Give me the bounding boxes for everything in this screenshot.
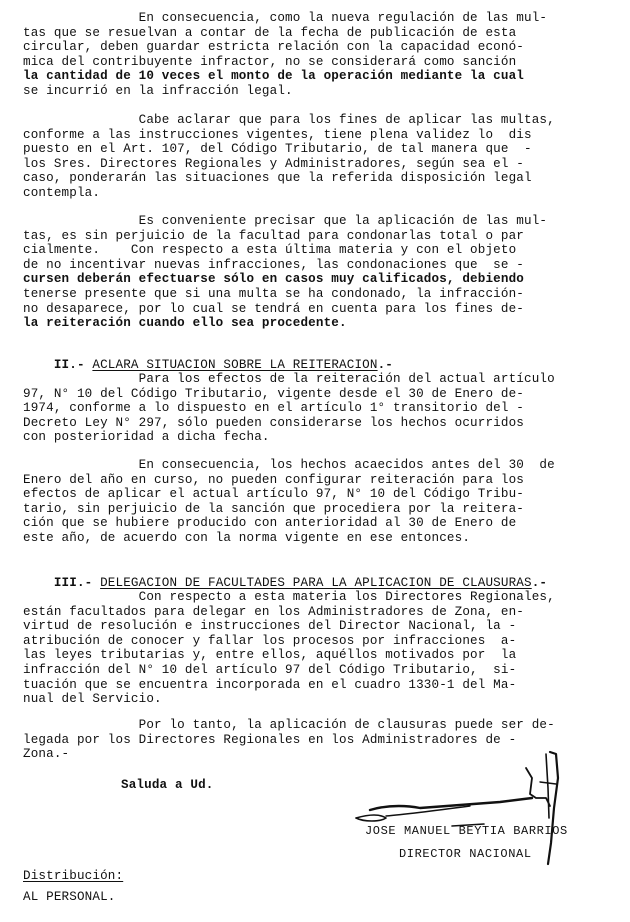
text-line: Es conveniente precisar que la aplicació… <box>23 214 623 229</box>
section-number: II.- <box>54 358 93 372</box>
text-line: legada por los Directores Regionales en … <box>23 733 623 748</box>
text-line: Por lo tanto, la aplicación de clausuras… <box>23 718 623 733</box>
document-page: En consecuencia, como la nueva regulació… <box>0 0 630 922</box>
text-line: Decreto Ley N° 297, sólo pueden consider… <box>23 416 623 431</box>
text-line: caso, ponderarán las situaciones que la … <box>23 171 623 186</box>
text-line: contempla. <box>23 186 623 201</box>
text-line: En consecuencia, los hechos acaecidos an… <box>23 458 623 473</box>
text-line: En consecuencia, como la nueva regulació… <box>23 11 623 26</box>
text-line: con posterioridad a dicha fecha. <box>23 430 623 445</box>
section-suffix: .- <box>532 576 547 590</box>
text-line: las leyes tributarias y, entre ellos, aq… <box>23 648 623 663</box>
paragraph-reiteration-effects: Para los efectos de la reiteración del a… <box>23 372 623 445</box>
text-line: mica del contribuyente infractor, no se … <box>23 55 623 70</box>
text-line: cialmente. Con respecto a esta última ma… <box>23 243 623 258</box>
text-line: tuación que se encuentra incorporada en … <box>23 678 623 693</box>
section-suffix: .- <box>378 358 393 372</box>
paragraph-art-107: Cabe aclarar que para los fines de aplic… <box>23 113 623 201</box>
text-line: de no incentivar nuevas infracciones, la… <box>23 258 623 273</box>
text-line: este año, de acuerdo con la norma vigent… <box>23 531 623 546</box>
text-line: virtud de resolución e instrucciones del… <box>23 619 623 634</box>
text-line: Con respecto a esta materia los Director… <box>23 590 623 605</box>
text-line: tenerse presente que si una multa se ha … <box>23 287 623 302</box>
text-line: atribución de conocer y fallar los proce… <box>23 634 623 649</box>
closing-salutation: Saluda a Ud. <box>121 778 214 793</box>
text-line: ción que se hubiere producido con anteri… <box>23 516 623 531</box>
paragraph-delegation-powers: Con respecto a esta materia los Director… <box>23 590 623 707</box>
text-line: tario, sin perjuicio de la sanción que p… <box>23 502 623 517</box>
text-line: Enero del año en curso, no pueden config… <box>23 473 623 488</box>
text-line: los Sres. Directores Regionales y Admini… <box>23 157 623 172</box>
text-line: Cabe aclarar que para los fines de aplic… <box>23 113 623 128</box>
signatory-title: DIRECTOR NACIONAL <box>399 847 532 862</box>
text-line: la reiteración cuando ello sea procedent… <box>23 316 623 331</box>
text-line: puesto en el Art. 107, del Código Tribut… <box>23 142 623 157</box>
text-line: infracción del N° 10 del artículo 97 del… <box>23 663 623 678</box>
paragraph-condonation: Es conveniente precisar que la aplicació… <box>23 214 623 331</box>
paragraph-prior-events: En consecuencia, los hechos acaecidos an… <box>23 458 623 546</box>
section-title: DELEGACION DE FACULTADES PARA LA APLICAC… <box>100 576 532 590</box>
text-line: se incurrió en la infracción legal. <box>23 84 623 99</box>
section-number: III.- <box>54 576 100 590</box>
text-line: Para los efectos de la reiteración del a… <box>23 372 623 387</box>
signatory-name: JOSE MANUEL BEYTIA BARRIOS <box>365 824 568 839</box>
text-line: 1974, conforme a lo dispuesto en el artí… <box>23 401 623 416</box>
text-line: la cantidad de 10 veces el monto de la o… <box>23 69 623 84</box>
distribution-value: AL PERSONAL. <box>23 890 116 905</box>
text-line: tas, es sin perjuicio de la facultad par… <box>23 229 623 244</box>
paragraph-fines-regulation: En consecuencia, como la nueva regulació… <box>23 11 623 99</box>
text-line: nual del Servicio. <box>23 692 623 707</box>
text-line: circular, deben guardar estricta relació… <box>23 40 623 55</box>
text-line: 97, N° 10 del Código Tributario, vigente… <box>23 387 623 402</box>
text-line: conforme a las instrucciones vigentes, t… <box>23 128 623 143</box>
text-line: efectos de aplicar el actual artículo 97… <box>23 487 623 502</box>
distribution-label: Distribución: <box>23 869 123 884</box>
text-line: cursen deberán efectuarse sólo en casos … <box>23 272 623 287</box>
text-line: están facultados para delegar en los Adm… <box>23 605 623 620</box>
text-line: no desaparece, por lo cual se tendrá en … <box>23 302 623 317</box>
section-title: ACLARA SITUACION SOBRE LA REITERACION <box>92 358 377 372</box>
text-line: tas que se resuelvan a contar de la fech… <box>23 26 623 41</box>
